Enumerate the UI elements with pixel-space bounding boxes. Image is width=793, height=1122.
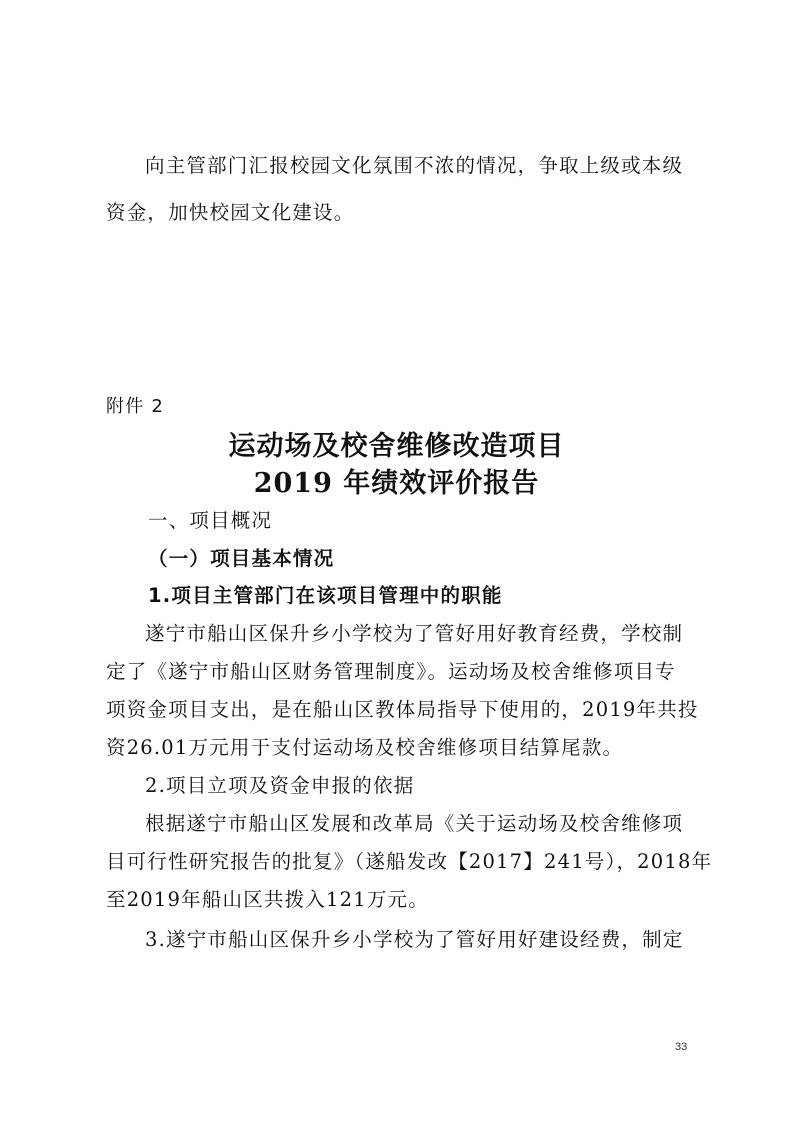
attachment-label: 附件 2 [106,392,164,418]
body-text-line: 资26.01万元用于支付运动场及校舍维修项目结算尾款。 [106,732,623,760]
body-text-line: 遂宁市船山区保升乡小学校为了管好用好教育经费，学校制 [145,618,683,646]
page-number: 33 [675,1041,687,1053]
section-heading-3: 1.项目主管部门在该项目管理中的职能 [148,580,503,608]
document-title-line2: 2019 年绩效评价报告 [0,461,793,500]
body-text-line: 向主管部门汇报校园文化氛围不浓的情况，争取上级或本级 [145,150,683,178]
item-heading: 2.项目立项及资金申报的依据 [145,770,414,798]
body-text-line: 根据遂宁市船山区发展和改革局《关于运动场及校舍维修项 [145,808,683,836]
body-text-line: 资金，加快校园文化建设。 [106,197,354,225]
body-text-line: 至2019年船山区共拨入121万元。 [106,884,429,912]
section-heading-1: 一、项目概况 [148,505,272,533]
body-text-line: 项资金项目支出，是在船山区教体局指导下使用的，2019年共投 [106,694,699,722]
section-heading-2: （一）项目基本情况 [148,543,334,571]
body-text-line: 目可行性研究报告的批复》（遂船发改【2017】241号），2018年 [106,846,712,874]
document-title-line1: 运动场及校舍维修改造项目 [0,424,793,463]
body-text-line: 3.遂宁市船山区保升乡小学校为了管好用好建设经费，制定 [145,924,684,952]
body-text-line: 定了《遂宁市船山区财务管理制度》。运动场及校舍维修项目专 [106,656,676,684]
